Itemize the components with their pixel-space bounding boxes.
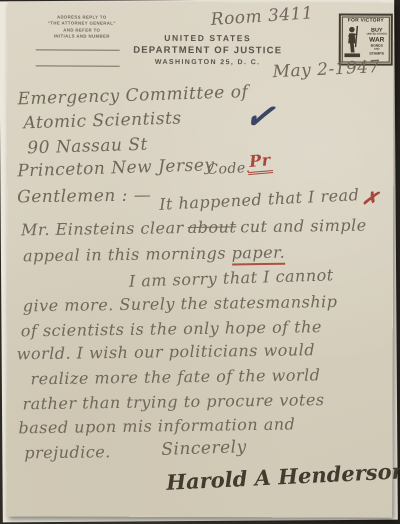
body-line-prejudice: prejudice. bbox=[24, 442, 111, 462]
signature: Harold A Henderson bbox=[166, 458, 400, 495]
recipient-address: Emergency Committee of Atomic Scientists… bbox=[8, 1, 394, 2]
body-line-rather: rather than trying to procure votes bbox=[22, 390, 324, 413]
room-number: Room 3411 bbox=[210, 3, 314, 30]
agency-department: DEPARTMENT OF JUSTICE bbox=[108, 45, 308, 57]
body-text: cut and simple bbox=[240, 216, 367, 237]
routing-code-label: Code. bbox=[207, 160, 251, 178]
letter-photo: ADDRESS REPLY TO “THE ATTORNEY GENERAL” … bbox=[0, 0, 400, 524]
address-line: Princeton New Jersey bbox=[17, 155, 215, 181]
date: May 2-1947 bbox=[272, 57, 380, 82]
stamp-text: BUY UNITED STATES WAR BONDS AND STAMPS bbox=[364, 28, 390, 56]
body-text: appeal in this mornings bbox=[23, 244, 226, 266]
body-line-world: world. I wish our politicians would bbox=[17, 340, 316, 363]
minuteman-statue-icon bbox=[342, 24, 364, 58]
red-x-mark: ✗ bbox=[361, 187, 380, 211]
stamp-line: STAMPS bbox=[364, 51, 390, 55]
body-line-scientists: of scientists is the only hope of the bbox=[21, 317, 322, 340]
red-underlined-word: paper. bbox=[231, 243, 285, 266]
stamp-body: BUY UNITED STATES WAR BONDS AND STAMPS bbox=[342, 24, 390, 58]
address-line: 90 Nassau St bbox=[27, 135, 148, 159]
address-line: Emergency Committee of bbox=[17, 82, 248, 109]
agency-country: UNITED STATES bbox=[108, 33, 308, 44]
body-line-realize: realize more the fate of the world bbox=[30, 365, 320, 388]
closing: Sincerely bbox=[161, 437, 247, 460]
address-line: Atomic Scientists bbox=[23, 108, 182, 133]
body-text: Mr. Einsteins clear bbox=[21, 218, 184, 239]
body-line-einstein: Mr. Einsteins clearaboutcut and simple bbox=[21, 216, 367, 240]
strikethrough-word: about bbox=[188, 217, 237, 237]
body-line-based: based upon mis information and bbox=[18, 415, 295, 438]
body-line-give: give more. Surely the statesmanship bbox=[23, 292, 338, 315]
salutation: Gentlemen : — bbox=[17, 185, 151, 207]
body-line-appeal: appeal in this mornings paper. bbox=[23, 243, 285, 266]
routing-code-value: Pr bbox=[246, 150, 273, 175]
letter-paper: ADDRESS REPLY TO “THE ATTORNEY GENERAL” … bbox=[6, 1, 394, 517]
body-line-sorry: I am sorry that I cannot bbox=[129, 265, 334, 290]
stamp-header: FOR VICTORY bbox=[342, 17, 390, 23]
body-line-opening: It happened that I read bbox=[159, 185, 360, 214]
